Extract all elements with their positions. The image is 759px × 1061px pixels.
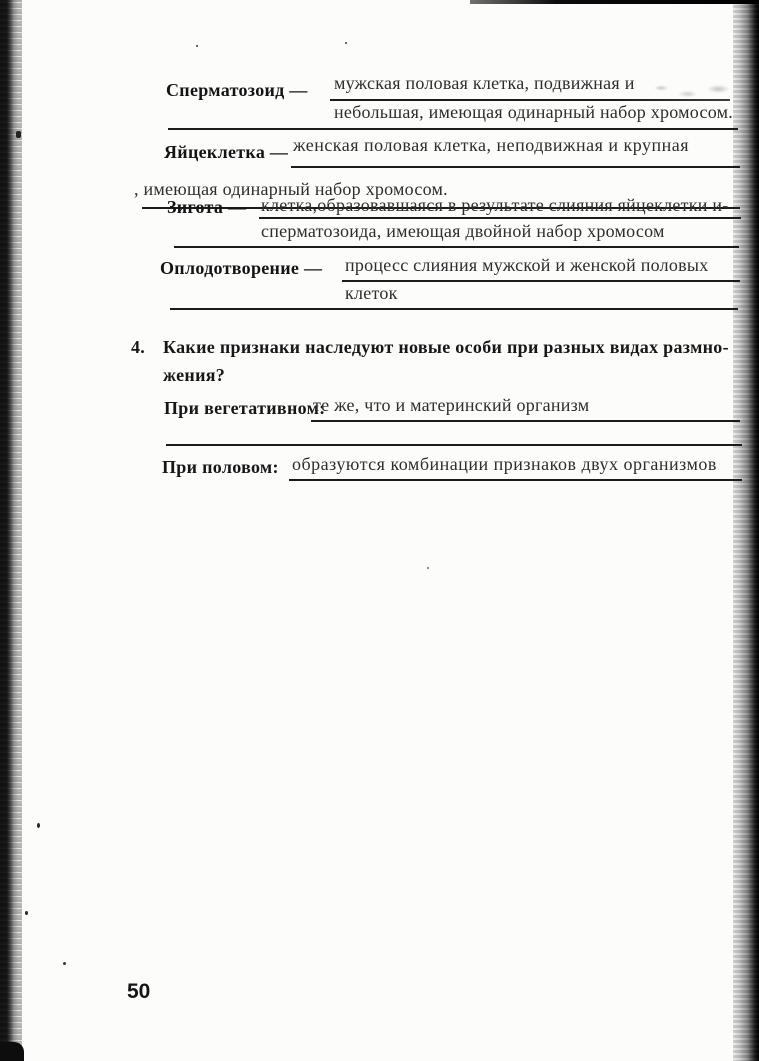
answer-spermatozoid-line2: небольшая, имеющая одинарный набор хромо… bbox=[334, 102, 733, 123]
answer-underline bbox=[330, 99, 730, 101]
scan-top-edge-line bbox=[470, 0, 759, 4]
scan-speck bbox=[345, 42, 347, 44]
answer-zygote-line1: клетка,образовавшаяся в результате слиян… bbox=[261, 195, 729, 216]
term-zygote: Зигота — bbox=[167, 197, 246, 218]
answer-egg-cell-line1: женская половая клетка, неподвижная и кр… bbox=[293, 135, 689, 156]
scan-speck bbox=[37, 823, 40, 828]
scan-speck bbox=[196, 45, 198, 47]
question-number: 4. bbox=[131, 337, 145, 358]
scan-smudge bbox=[648, 80, 736, 100]
term-spermatozoid: Сперматозоид — bbox=[166, 80, 308, 101]
answer-zygote-line2: сперматозоида, имеющая двойной набор хро… bbox=[261, 221, 665, 242]
scan-speck bbox=[427, 567, 429, 569]
label-vegetative: При вегетативном: bbox=[164, 398, 325, 419]
answer-underline bbox=[289, 479, 742, 481]
scan-corner-blob bbox=[0, 1042, 24, 1061]
blank-rule bbox=[174, 246, 739, 248]
answer-fertilization-line1: процесс слияния мужской и женской половы… bbox=[345, 255, 708, 276]
answer-underline bbox=[311, 420, 740, 422]
scan-speck bbox=[63, 962, 66, 965]
answer-underline bbox=[342, 280, 740, 282]
term-egg-cell: Яйцеклетка — bbox=[164, 142, 288, 163]
scan-left-edge-shadow bbox=[0, 0, 22, 1061]
answer-sexual: образуются комбинации признаков двух орг… bbox=[292, 454, 717, 475]
answer-fertilization-line2: клеток bbox=[345, 283, 398, 304]
label-sexual: При половом: bbox=[162, 457, 279, 478]
answer-spermatozoid-line1: мужская половая клетка, подвижная и bbox=[334, 73, 635, 94]
scan-speck bbox=[25, 911, 28, 915]
blank-rule bbox=[166, 444, 742, 446]
scanned-workbook-page: Сперматозоид — мужская половая клетка, п… bbox=[0, 0, 759, 1061]
scan-speck bbox=[16, 131, 21, 138]
blank-rule bbox=[170, 308, 738, 310]
answer-vegetative: те же, что и материнский организм bbox=[313, 395, 589, 416]
answer-underline bbox=[259, 217, 741, 219]
question-text-line2: жения? bbox=[163, 365, 225, 386]
question-text-line1: Какие признаки наследуют новые особи при… bbox=[163, 337, 729, 358]
blank-rule bbox=[168, 128, 738, 130]
term-fertilization: Оплодотворение — bbox=[160, 258, 322, 279]
scan-right-edge-shadow bbox=[733, 0, 759, 1061]
answer-underline bbox=[291, 166, 740, 168]
page-number: 50 bbox=[127, 980, 150, 1004]
